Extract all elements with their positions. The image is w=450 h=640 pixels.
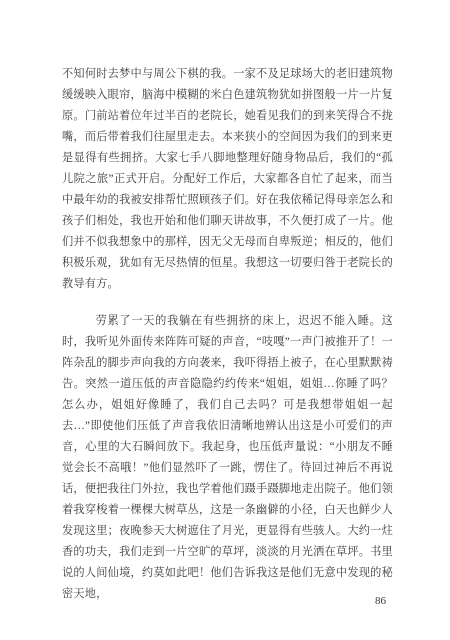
document-page: 不知何时去梦中与周公下棋的我。一家不及足球场大的老旧建筑物缓缓映入眼帘，脑海中模… (0, 0, 450, 640)
paragraph-continuation: 不知何时去梦中与周公下棋的我。一家不及足球场大的老旧建筑物缓缓映入眼帘，脑海中模… (62, 64, 393, 295)
body-text: 不知何时去梦中与周公下棋的我。一家不及足球场大的老旧建筑物缓缓映入眼帘，脑海中模… (62, 64, 393, 605)
paragraph-new: 劳累了一天的我躺在有些拥挤的床上，迟迟不能入睡。这时，我听见外面传来阵阵可疑的声… (62, 311, 393, 605)
page-number: 86 (375, 594, 386, 608)
